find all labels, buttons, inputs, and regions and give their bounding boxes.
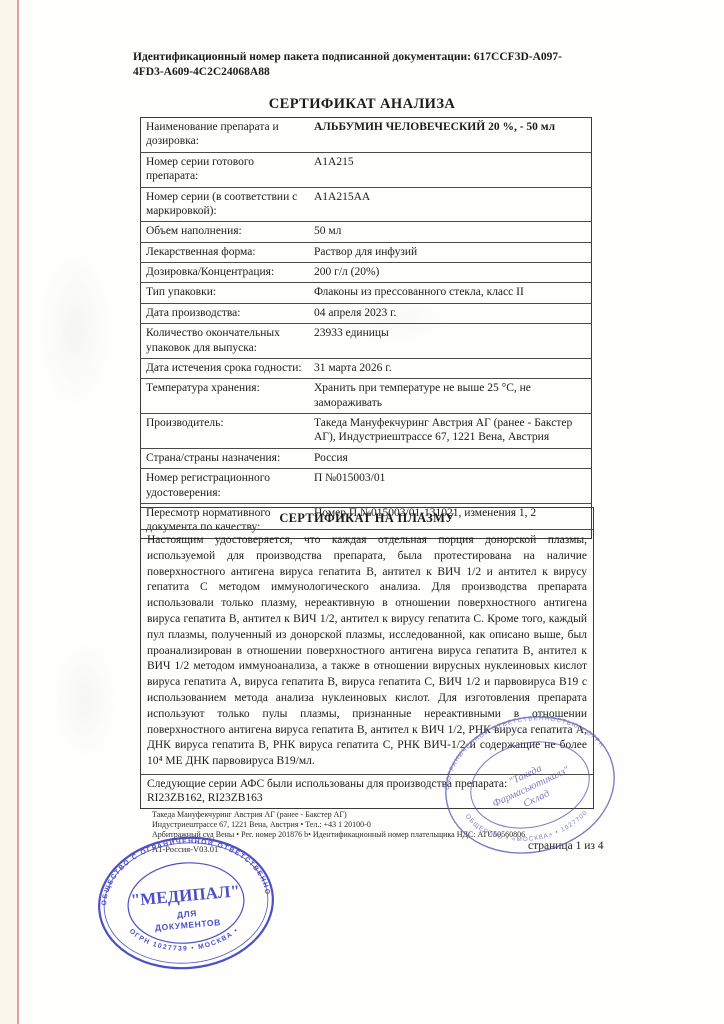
table-row: Номер серии (в соответствии с маркировко… xyxy=(141,187,592,222)
footer-company-line3: Арбитражный суд Вены • Рег. номер 201876… xyxy=(152,830,572,840)
table-row: Номер регистрационного удостоверения: П … xyxy=(141,469,592,504)
table-row: Тип упаковки: Флаконы из прессованного с… xyxy=(141,283,592,303)
table-row: Объем наполнения: 50 мл xyxy=(141,222,592,242)
row-label: Дозировка/Концентрация: xyxy=(141,263,310,283)
table-row: Температура хранения: Хранить при темпер… xyxy=(141,379,592,414)
row-value: Флаконы из прессованного стекла, класс I… xyxy=(309,283,592,303)
row-value: П №015003/01 xyxy=(309,469,592,504)
scan-artifact xyxy=(40,250,110,410)
row-value: A1A215 xyxy=(309,152,592,187)
table-row: Лекарственная форма: Раствор для инфузий xyxy=(141,242,592,262)
scan-artifact xyxy=(55,640,115,760)
row-label: Дата истечения срока годности: xyxy=(141,358,310,378)
scan-edge-strip xyxy=(0,0,17,1024)
row-label: Наименование препарата и дозировка: xyxy=(141,118,310,153)
page-indicator: страница 1 из 4 xyxy=(528,840,604,852)
row-value: Хранить при температуре не выше 25 °C, н… xyxy=(309,379,592,414)
plasma-series-label: Следующие серии АФС были использованы дл… xyxy=(147,777,587,791)
table-row: Наименование препарата и дозировка: АЛЬБ… xyxy=(141,118,592,153)
row-value: 04 апреля 2023 г. xyxy=(309,303,592,323)
stamp-center-text: "МЕДИПАЛ" xyxy=(130,881,241,909)
row-label: Номер серии (в соответствии с маркировко… xyxy=(141,187,310,222)
row-label: Тип упаковки: xyxy=(141,283,310,303)
row-label: Температура хранения: xyxy=(141,379,310,414)
plasma-certificate-section: СЕРТИФИКАТ НА ПЛАЗМУ Настоящим удостовер… xyxy=(140,507,594,809)
footer-doc-code: A1-Россия-V03.01 xyxy=(152,844,218,854)
package-id-line: Идентификационный номер пакета подписанн… xyxy=(133,50,573,80)
stamp-center-text: ДЛЯ xyxy=(177,908,198,920)
page-title: СЕРТИФИКАТ АНАЛИЗА xyxy=(0,96,724,113)
row-label: Номер регистрационного удостоверения: xyxy=(141,469,310,504)
row-value: 50 мл xyxy=(309,222,592,242)
stamp-ring-text: ОГРН 1027739 • МОСКВА • xyxy=(127,919,241,958)
certificate-document-page: Идентификационный номер пакета подписанн… xyxy=(0,0,724,1024)
table-row: Дата производства: 04 апреля 2023 г. xyxy=(141,303,592,323)
svg-text:ОГРН 1027739 • МОСКВА •: ОГРН 1027739 • МОСКВА • xyxy=(127,919,241,958)
footer-company-block: Такеда Мануфекчуринг Австрия АГ (ранее -… xyxy=(152,810,572,840)
row-value: 31 марта 2026 г. xyxy=(309,358,592,378)
table-row: Дата истечения срока годности: 31 марта … xyxy=(141,358,592,378)
analysis-table: Наименование препарата и дозировка: АЛЬБ… xyxy=(140,117,592,539)
row-label: Лекарственная форма: xyxy=(141,242,310,262)
row-value: Раствор для инфузий xyxy=(309,242,592,262)
row-value: 200 г/л (20%) xyxy=(309,263,592,283)
row-label: Производитель: xyxy=(141,414,310,449)
stamp-center-text: ДОКУМЕНТОВ xyxy=(155,917,222,933)
table-row: Страна/страны назначения: Россия xyxy=(141,448,592,468)
footer-company-line1: Такеда Мануфекчуринг Австрия АГ (ранее -… xyxy=(152,810,572,820)
row-value: A1A215AA xyxy=(309,187,592,222)
plasma-section-title: СЕРТИФИКАТ НА ПЛАЗМУ xyxy=(141,508,593,530)
table-row: Количество окончательных упаковок для вы… xyxy=(141,324,592,359)
table-row: Производитель: Такеда Мануфекчуринг Авст… xyxy=(141,414,592,449)
row-label: Дата производства: xyxy=(141,303,310,323)
row-label: Объем наполнения: xyxy=(141,222,310,242)
row-value: Такеда Мануфекчуринг Австрия АГ (ранее -… xyxy=(309,414,592,449)
table-row: Дозировка/Концентрация: 200 г/л (20%) xyxy=(141,263,592,283)
row-value: Россия xyxy=(309,448,592,468)
row-label: Количество окончательных упаковок для вы… xyxy=(141,324,310,359)
plasma-section-body: Настоящим удостоверяется, что каждая отд… xyxy=(141,530,593,774)
row-value: 23933 единицы xyxy=(309,324,592,359)
scan-edge-line xyxy=(17,0,19,1024)
row-value: АЛЬБУМИН ЧЕЛОВЕЧЕСКИЙ 20 %, - 50 мл xyxy=(309,118,592,153)
plasma-series-block: Следующие серии АФС были использованы дл… xyxy=(141,774,593,808)
plasma-series-values: RI23ZB162, RI23ZB163 xyxy=(147,791,587,805)
table-row: Номер серии готового препарата: A1A215 xyxy=(141,152,592,187)
row-label: Номер серии готового препарата: xyxy=(141,152,310,187)
row-label: Страна/страны назначения: xyxy=(141,448,310,468)
footer-company-line2: Индустриештрассе 67, 1221 Вена, Австрия … xyxy=(152,820,572,830)
